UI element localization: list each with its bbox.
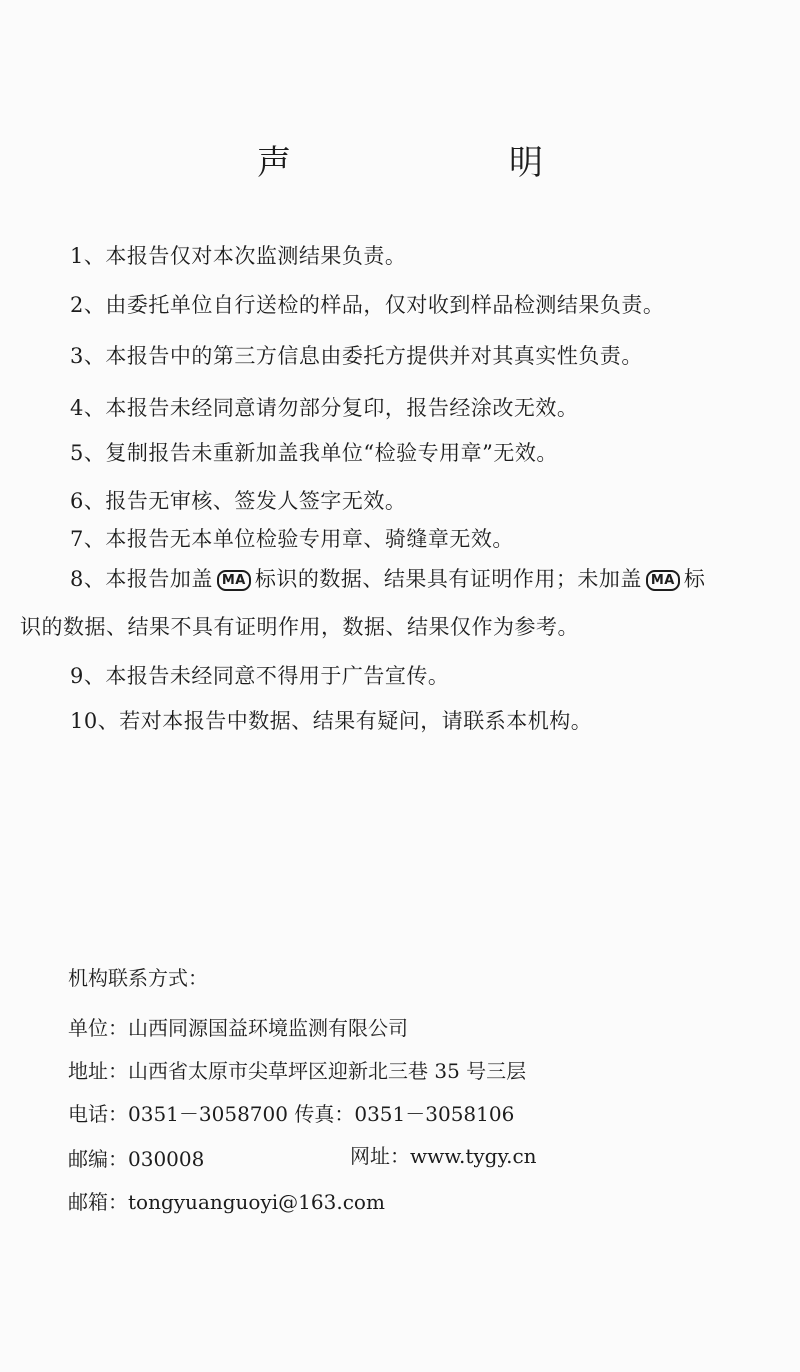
clause-8-line2: 识的数据、结果不具有证明作用，数据、结果仅作为参考。 [20,611,579,641]
clause-8-text-a: 8、本报告加盖 [70,567,213,591]
clause-3: 3、本报告中的第三方信息由委托方提供并对其真实性负责。 [70,340,643,370]
website-link[interactable]: www.tygy.cn [410,1144,537,1168]
fax-label: 传真： [294,1102,354,1126]
clause-9: 9、本报告未经同意不得用于广告宣传。 [70,660,449,690]
contact-address: 地址：山西省太原市尖草坪区迎新北三巷 35 号三层 [68,1055,526,1084]
clause-8-text-c: 标 [684,567,706,591]
clause-4: 4、本报告未经同意请勿部分复印，报告经涂改无效。 [70,392,578,422]
email-label: 邮箱： [68,1190,128,1214]
clause-1: 1、本报告仅对本次监测结果负责。 [70,240,406,270]
unit-value: 山西同源国益环境监测有限公司 [128,1016,408,1040]
cma-mark-icon: MA [646,570,680,591]
phone-value: 0351－3058700 [128,1102,288,1126]
fax-value: 0351－3058106 [354,1102,514,1126]
contact-phone: 电话：0351－3058700 传真：0351－3058106 [68,1098,514,1127]
cma-mark-icon: MA [217,570,251,591]
clause-7: 7、本报告无本单位检验专用章、骑缝章无效。 [70,523,514,553]
email-link[interactable]: tongyuanguoyi@163.com [128,1190,385,1214]
postcode-label: 邮编： [68,1147,128,1171]
contact-email: 邮箱：tongyuanguoyi@163.com [68,1186,385,1215]
page-title: 声 明 [0,135,800,184]
unit-label: 单位： [68,1016,128,1040]
contact-heading: 机构联系方式： [68,962,208,991]
clause-6: 6、报告无审核、签发人签字无效。 [70,485,406,515]
contact-postcode: 邮编：030008 [68,1143,204,1172]
clause-8-text-b: 标识的数据、结果具有证明作用；未加盖 [255,567,642,591]
postcode-value: 030008 [128,1147,204,1171]
clause-5: 5、复制报告未重新加盖我单位“检验专用章”无效。 [70,437,558,467]
contact-unit: 单位：山西同源国益环境监测有限公司 [68,1012,408,1041]
website-label: 网址： [350,1144,410,1168]
clause-10: 10、若对本报告中数据、结果有疑问，请联系本机构。 [70,705,592,735]
address-value: 山西省太原市尖草坪区迎新北三巷 35 号三层 [128,1059,526,1083]
address-label: 地址： [68,1059,128,1083]
clause-2: 2、由委托单位自行送检的样品，仅对收到样品检测结果负责。 [70,289,664,319]
contact-website: 网址：www.tygy.cn [350,1140,537,1169]
phone-label: 电话： [68,1102,128,1126]
clause-8-line1: 8、本报告加盖MA标识的数据、结果具有证明作用；未加盖MA标 [70,563,705,593]
